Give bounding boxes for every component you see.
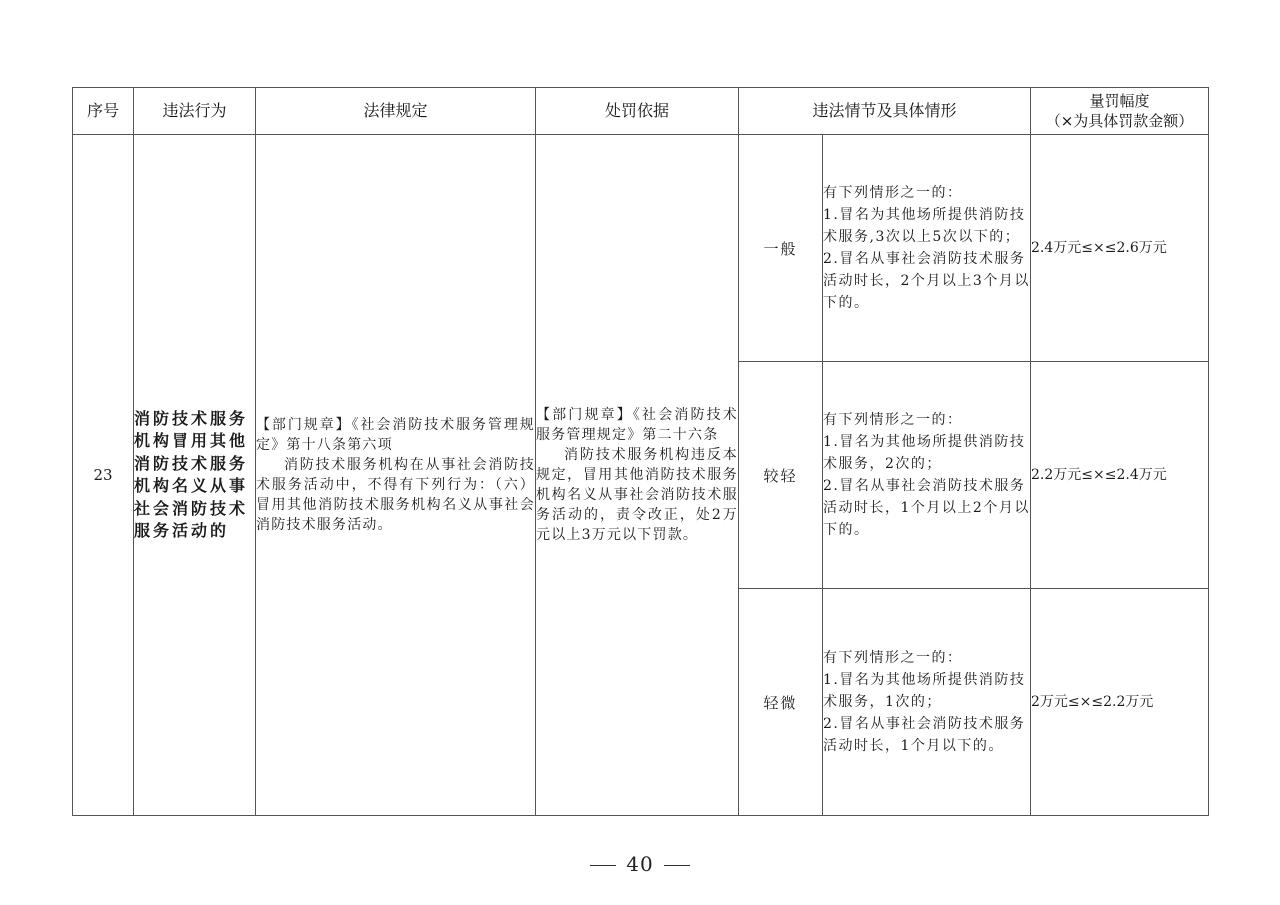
range-minor: 2万元≤×≤2.2万元 [1031,589,1209,816]
detail-intro: 有下列情形之一的： [823,182,1030,204]
header-range-title: 量罚幅度 [1031,91,1208,111]
detail-item: 2.冒名从事社会消防技术服务活动时长，1个月以上2个月以下的。 [823,475,1030,541]
header-range-subtitle: （×为具体罚款金额） [1031,111,1208,131]
range-general: 2.4万元≤×≤2.6万元 [1031,135,1209,362]
detail-item: 1.冒名为其他场所提供消防技术服务，2次的； [823,431,1030,475]
detail-intro: 有下列情形之一的： [823,647,1030,669]
page-footer: 40 [0,852,1280,876]
detail-intro: 有下列情形之一的： [823,409,1030,431]
level-lighter: 较轻 [739,362,823,589]
row-basis: 【部门规章】《社会消防技术服务管理规定》第二十六条 消防技术服务机构违反本规定，… [536,135,739,816]
row-law: 【部门规章】《社会消防技术服务管理规定》第十八条第六项 消防技术服务机构在从事社… [256,135,536,816]
footer-dash-right [664,865,690,866]
level-general: 一般 [739,135,823,362]
header-circumstances: 违法情节及具体情形 [739,88,1031,135]
level-minor: 轻微 [739,589,823,816]
table-row: 23 消防技术服务机构冒用其他消防技术服务机构名义从事社会消防技术服务活动的 【… [73,135,1209,362]
detail-item: 2.冒名从事社会消防技术服务活动时长，1个月以下的。 [823,713,1030,757]
page-number: 40 [626,852,653,876]
table-header-row: 序号 违法行为 法律规定 处罚依据 违法情节及具体情形 量罚幅度 （×为具体罚款… [73,88,1209,135]
penalty-table: 序号 违法行为 法律规定 处罚依据 违法情节及具体情形 量罚幅度 （×为具体罚款… [72,87,1209,816]
footer-dash-left [590,865,616,866]
document-page: 序号 违法行为 法律规定 处罚依据 违法情节及具体情形 量罚幅度 （×为具体罚款… [0,0,1280,905]
detail-item: 1.冒名为其他场所提供消防技术服务，1次的； [823,669,1030,713]
basis-text: 消防技术服务机构违反本规定，冒用其他消防技术服务机构名义从事社会消防技术服务活动… [536,445,738,545]
row-violation: 消防技术服务机构冒用其他消防技术服务机构名义从事社会消防技术服务活动的 [134,135,256,816]
basis-citation: 【部门规章】《社会消防技术服务管理规定》第二十六条 [536,405,738,445]
detail-item: 1.冒名为其他场所提供消防技术服务,3次以上5次以下的； [823,204,1030,248]
law-text: 消防技术服务机构在从事社会消防技术服务活动中，不得有下列行为：（六）冒用其他消防… [256,455,535,535]
range-lighter: 2.2万元≤×≤2.4万元 [1031,362,1209,589]
detail-lighter: 有下列情形之一的： 1.冒名为其他场所提供消防技术服务，2次的； 2.冒名从事社… [823,362,1031,589]
row-seq: 23 [73,135,134,816]
header-law: 法律规定 [256,88,536,135]
detail-minor: 有下列情形之一的： 1.冒名为其他场所提供消防技术服务，1次的； 2.冒名从事社… [823,589,1031,816]
header-seq: 序号 [73,88,134,135]
detail-item: 2.冒名从事社会消防技术服务活动时长，2个月以上3个月以下的。 [823,248,1030,314]
header-basis: 处罚依据 [536,88,739,135]
detail-general: 有下列情形之一的： 1.冒名为其他场所提供消防技术服务,3次以上5次以下的； 2… [823,135,1031,362]
header-act: 违法行为 [134,88,256,135]
law-citation: 【部门规章】《社会消防技术服务管理规定》第十八条第六项 [256,415,535,455]
header-range: 量罚幅度 （×为具体罚款金额） [1031,88,1209,135]
